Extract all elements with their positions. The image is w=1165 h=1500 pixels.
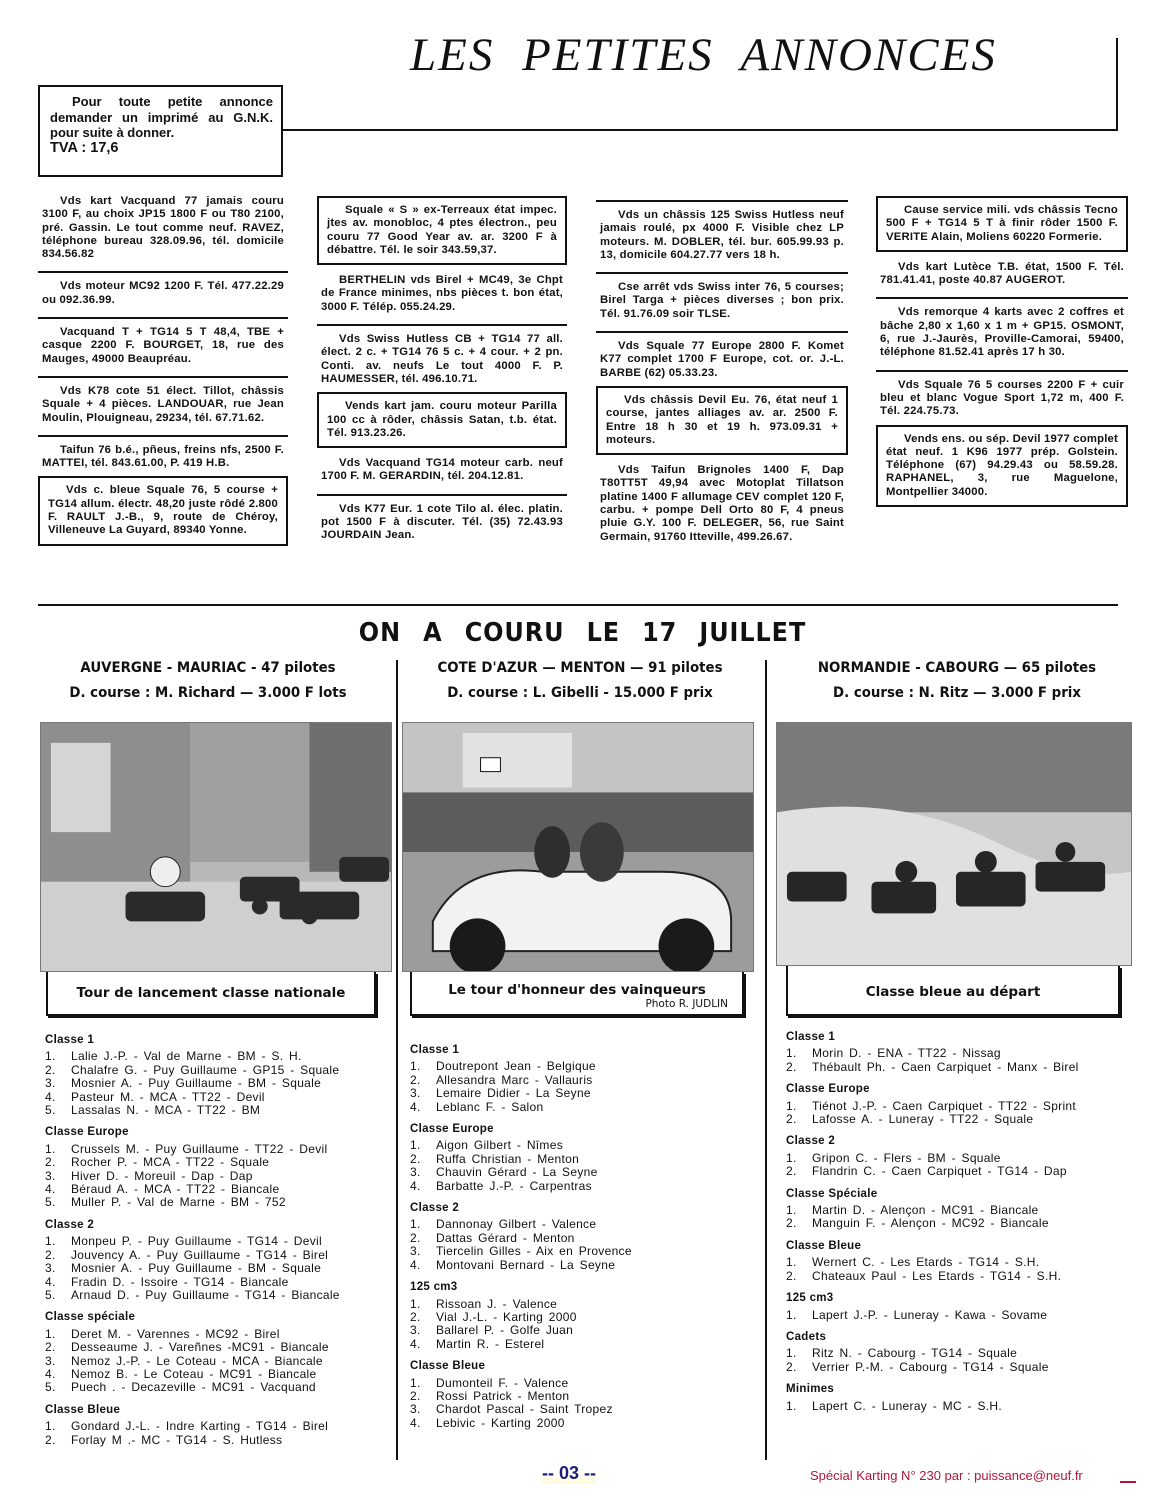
result-row: 5.Lassalas N. - MCA - TT22 - BM	[45, 1104, 395, 1117]
classified-ad: Vds un châssis 125 Swiss Hutless neuf ja…	[596, 200, 848, 266]
result-position: 4.	[410, 1338, 436, 1351]
result-entry: Rocher P. - MCA - TT22 - Squale	[71, 1155, 269, 1169]
result-position: 1.	[786, 1309, 812, 1322]
result-position: 3.	[410, 1087, 436, 1100]
result-row: 4.Fradin D. - Issoire - TG14 - Biancale	[45, 1276, 395, 1289]
result-entry: Morin D. - ENA - TT22 - Nissag	[812, 1046, 1001, 1060]
result-entry: Crussels M. - Puy Guillaume - TT22 - Dev…	[71, 1142, 327, 1156]
class-title: Classe Bleue	[45, 1404, 395, 1417]
class-title: Minimes	[786, 1383, 1146, 1396]
footer-dash	[1120, 1481, 1136, 1483]
result-position: 2.	[45, 1341, 71, 1354]
classified-ad: Vds K77 Eur. 1 cote Tilo al. élec. plati…	[317, 494, 567, 547]
class-title: Classe Europe	[786, 1083, 1146, 1096]
result-entry: Rissoan J. - Valence	[436, 1297, 557, 1311]
result-row: 2.Rocher P. - MCA - TT22 - Squale	[45, 1156, 395, 1169]
result-row: 2.Ruffa Christian - Menton	[410, 1153, 760, 1166]
result-position: 4.	[410, 1101, 436, 1114]
result-class: Classe 11.Morin D. - ENA - TT22 - Nissag…	[786, 1031, 1146, 1074]
result-entry: Martin D. - Alençon - MC91 - Biancale	[812, 1203, 1039, 1217]
result-entry: Deret M. - Varennes - MC92 - Birel	[71, 1327, 280, 1341]
result-row: 1.Deret M. - Varennes - MC92 - Birel	[45, 1328, 395, 1341]
ads-column-1: Vds kart Vacquand 77 jamais couru 3100 F…	[38, 192, 288, 552]
result-entry: Manguin F. - Alençon - MC92 - Biancale	[812, 1216, 1049, 1230]
result-entry: Dannonay Gilbert - Valence	[436, 1217, 596, 1231]
result-position: 1.	[410, 1139, 436, 1152]
result-row: 2.Dattas Gérard - Menton	[410, 1232, 760, 1245]
page-title: LES PETITES ANNONCES	[410, 28, 997, 82]
classified-ad: Vacquand T + TG14 5 T 48,4, TBE + casque…	[38, 317, 288, 370]
result-row: 3.Ballarel P. - Golfe Juan	[410, 1324, 760, 1337]
photo-caption: Classe bleue au départ	[786, 966, 1120, 1016]
footer-credit: Spécial Karting N° 230 par : puissance@n…	[810, 1468, 1083, 1483]
result-row: 1.Gondard J.-L. - Indre Karting - TG14 -…	[45, 1420, 395, 1433]
result-position: 5.	[45, 1381, 71, 1394]
result-row: 3.Mosnier A. - Puy Guillaume - BM - Squa…	[45, 1077, 395, 1090]
result-position: 4.	[410, 1259, 436, 1272]
result-position: 1.	[786, 1204, 812, 1217]
result-row: 2.Jouvency A. - Puy Guillaume - TG14 - B…	[45, 1249, 395, 1262]
result-position: 1.	[786, 1100, 812, 1113]
result-entry: Verrier P.-M. - Cabourg - TG14 - Squale	[812, 1360, 1049, 1374]
classified-ad: Vds Taifun Brignoles 1400 F, Dap T80TT5T…	[596, 461, 848, 548]
result-position: 3.	[45, 1262, 71, 1275]
class-title: Classe 2	[45, 1219, 395, 1232]
column-divider	[396, 660, 398, 1460]
photo-credit: Photo R. JUDLIN	[412, 996, 742, 1012]
section-divider	[38, 604, 1118, 606]
result-row: 2.Forlay M .- MC - TG14 - S. Hutless	[45, 1434, 395, 1447]
tva-rate: TVA : 17,6	[50, 141, 273, 157]
photo-mauriac-karts	[40, 722, 392, 972]
result-entry: Chardot Pascal - Saint Tropez	[436, 1402, 613, 1416]
class-title: Classe Bleue	[786, 1240, 1146, 1253]
result-entry: Hiver D. - Moreuil - Dap - Dap	[71, 1169, 253, 1183]
result-row: 2.Chateaux Paul - Les Etards - TG14 - S.…	[786, 1270, 1146, 1283]
classified-ad: Vds moteur MC92 1200 F. Tél. 477.22.29 o…	[38, 271, 288, 311]
result-entry: Rossi Patrick - Menton	[436, 1389, 569, 1403]
result-row: 3.Nemoz J.-P. - Le Coteau - MCA - Bianca…	[45, 1355, 395, 1368]
result-position: 2.	[410, 1074, 436, 1087]
result-row: 1.Wernert C. - Les Etards - TG14 - S.H.	[786, 1256, 1146, 1269]
result-position: 4.	[410, 1180, 436, 1193]
result-class: 125 cm31.Rissoan J. - Valence2.Vial J.-L…	[410, 1281, 760, 1351]
result-entry: Monpeu P. - Puy Guillaume - TG14 - Devil	[71, 1234, 322, 1248]
result-row: 1.Ritz N. - Cabourg - TG14 - Squale	[786, 1347, 1146, 1360]
result-row: 2.Desseaume J. - Vareñnes -MC91 - Bianca…	[45, 1341, 395, 1354]
race-headline: AUVERGNE - MAURIAC - 47 pilotes	[52, 656, 365, 681]
result-row: 4.Martin R. - Esterel	[410, 1338, 760, 1351]
result-class: Minimes1.Lapert C. - Luneray - MC - S.H.	[786, 1383, 1146, 1413]
photo-cabourg-start	[776, 722, 1132, 966]
result-position: 3.	[45, 1170, 71, 1183]
result-position: 1.	[45, 1420, 71, 1433]
result-position: 1.	[45, 1050, 71, 1063]
ads-column-2: Squale « S » ex-Terreaux état impec. jte…	[317, 194, 567, 547]
result-position: 1.	[786, 1047, 812, 1060]
result-position: 1.	[410, 1218, 436, 1231]
result-class: Classe Europe1.Crussels M. - Puy Guillau…	[45, 1126, 395, 1209]
result-entry: Lebivic - Karting 2000	[436, 1416, 565, 1430]
class-title: Classe 1	[410, 1044, 760, 1057]
result-entry: Ballarel P. - Golfe Juan	[436, 1323, 573, 1337]
result-position: 4.	[45, 1276, 71, 1289]
result-class: Classe 11.Lalie J.-P. - Val de Marne - B…	[45, 1034, 395, 1117]
result-class: Classe Bleue1.Dumonteil F. - Valence2.Ro…	[410, 1360, 760, 1430]
classified-ad: Cause service mili. vds châssis Tecno 50…	[876, 196, 1128, 252]
result-position: 5.	[45, 1289, 71, 1302]
result-row: 2.Manguin F. - Alençon - MC92 - Biancale	[786, 1217, 1146, 1230]
classified-ad: Vds châssis Devil Eu. 76, état neuf 1 co…	[596, 386, 848, 455]
result-entry: Martin R. - Esterel	[436, 1337, 544, 1351]
caption-text: Tour de lancement classe nationale	[77, 985, 346, 1001]
classified-ad: Vds remorque 4 karts avec 2 coffres et b…	[876, 297, 1128, 363]
result-position: 1.	[786, 1400, 812, 1413]
notice-box: Pour toute petite annonce demander un im…	[38, 85, 283, 177]
result-position: 2.	[410, 1311, 436, 1324]
result-row: 4.Pasteur M. - MCA - TT22 - Devil	[45, 1091, 395, 1104]
class-title: Classe 1	[45, 1034, 395, 1047]
class-title: Classe spéciale	[45, 1311, 395, 1324]
result-position: 2.	[786, 1061, 812, 1074]
result-row: 4.Béraud A. - MCA - TT22 - Biancale	[45, 1183, 395, 1196]
result-row: 2.Vial J.-L. - Karting 2000	[410, 1311, 760, 1324]
result-row: 2.Thébault Ph. - Caen Carpiquet - Manx -…	[786, 1061, 1146, 1074]
class-title: Classe 2	[786, 1135, 1146, 1148]
photo-caption: Tour de lancement classe nationale	[46, 972, 376, 1016]
result-entry: Muller P. - Val de Marne - BM - 752	[71, 1195, 286, 1209]
result-entry: Ritz N. - Cabourg - TG14 - Squale	[812, 1346, 1017, 1360]
result-row: 3.Chauvin Gérard - La Seyne	[410, 1166, 760, 1179]
race-director: D. course : M. Richard — 3.000 F lots	[52, 681, 365, 706]
result-position: 2.	[786, 1361, 812, 1374]
result-entry: Lapert C. - Luneray - MC - S.H.	[812, 1399, 1002, 1413]
result-row: 3.Lemaire Didier - La Seyne	[410, 1087, 760, 1100]
result-row: 1.Lapert C. - Luneray - MC - S.H.	[786, 1400, 1146, 1413]
result-entry: Fradin D. - Issoire - TG14 - Biancale	[71, 1275, 289, 1289]
ads-column-4: Cause service mili. vds châssis Tecno 50…	[876, 194, 1128, 513]
result-row: 4.Leblanc F. - Salon	[410, 1101, 760, 1114]
result-position: 2.	[786, 1217, 812, 1230]
notice-text: Pour toute petite annonce demander un im…	[50, 94, 273, 140]
result-row: 1.Aigon Gilbert - Nîmes	[410, 1139, 760, 1152]
title-frame-border	[1116, 38, 1118, 130]
classified-ad: Vends kart jam. couru moteur Parilla 100…	[317, 392, 567, 448]
result-row: 1.Morin D. - ENA - TT22 - Nissag	[786, 1047, 1146, 1060]
result-entry: Chateaux Paul - Les Etards - TG14 - S.H.	[812, 1269, 1061, 1283]
result-entry: Pasteur M. - MCA - TT22 - Devil	[71, 1090, 265, 1104]
result-row: 1.Lapert J.-P. - Luneray - Kawa - Sovame	[786, 1309, 1146, 1322]
classified-ad: Vds Swiss Hutless CB + TG14 77 all. élec…	[317, 324, 567, 390]
column-divider	[765, 660, 767, 1460]
result-row: 2.Lafosse A. - Luneray - TT22 - Squale	[786, 1113, 1146, 1126]
class-title: 125 cm3	[786, 1292, 1146, 1305]
race-headline: NORMANDIE - CABOURG — 65 pilotes	[787, 656, 1127, 681]
result-class: Classe Bleue1.Wernert C. - Les Etards - …	[786, 1240, 1146, 1283]
result-row: 1.Lalie J.-P. - Val de Marne - BM - S. H…	[45, 1050, 395, 1063]
class-title: 125 cm3	[410, 1281, 760, 1294]
result-entry: Thébault Ph. - Caen Carpiquet - Manx - B…	[812, 1060, 1079, 1074]
result-position: 3.	[410, 1245, 436, 1258]
result-position: 2.	[410, 1232, 436, 1245]
result-position: 4.	[410, 1417, 436, 1430]
result-entry: Vial J.-L. - Karting 2000	[436, 1310, 577, 1324]
class-title: Classe 1	[786, 1031, 1146, 1044]
result-entry: Puech . - Decazeville - MC91 - Vacquand	[71, 1380, 316, 1394]
classified-ad: BERTHELIN vds Birel + MC49, 3e Chpt de F…	[317, 271, 567, 318]
result-entry: Jouvency A. - Puy Guillaume - TG14 - Bir…	[71, 1248, 328, 1262]
result-entry: Forlay M .- MC - TG14 - S. Hutless	[71, 1433, 282, 1447]
result-row: 3.Hiver D. - Moreuil - Dap - Dap	[45, 1170, 395, 1183]
result-position: 1.	[410, 1298, 436, 1311]
classified-ad: Vds kart Lutèce T.B. état, 1500 F. Tél. …	[876, 258, 1128, 292]
result-position: 1.	[45, 1143, 71, 1156]
race-director: D. course : N. Ritz — 3.000 F prix	[787, 681, 1127, 706]
result-class: Classe Europe1.Tiénot J.-P. - Caen Carpi…	[786, 1083, 1146, 1126]
result-entry: Gripon C. - Flers - BM - Squale	[812, 1151, 1001, 1165]
result-row: 1.Rissoan J. - Valence	[410, 1298, 760, 1311]
classified-ad: Vds Vacquand TG14 moteur carb. neuf 1700…	[317, 454, 567, 488]
result-row: 2.Chalafre G. - Puy Guillaume - GP15 - S…	[45, 1064, 395, 1077]
result-row: 1.Dannonay Gilbert - Valence	[410, 1218, 760, 1231]
result-entry: Wernert C. - Les Etards - TG14 - S.H.	[812, 1255, 1039, 1269]
result-position: 3.	[410, 1166, 436, 1179]
result-entry: Doutrepont Jean - Belgique	[436, 1059, 596, 1073]
result-row: 5.Muller P. - Val de Marne - BM - 752	[45, 1196, 395, 1209]
result-position: 3.	[410, 1403, 436, 1416]
result-position: 2.	[786, 1113, 812, 1126]
result-position: 5.	[45, 1104, 71, 1117]
result-entry: Lapert J.-P. - Luneray - Kawa - Sovame	[812, 1308, 1047, 1322]
result-class: Cadets1.Ritz N. - Cabourg - TG14 - Squal…	[786, 1331, 1146, 1374]
result-row: 3.Tiercelin Gilles - Aix en Provence	[410, 1245, 760, 1258]
result-position: 2.	[45, 1064, 71, 1077]
result-row: 4.Lebivic - Karting 2000	[410, 1417, 760, 1430]
classified-ad: Cse arrêt vds Swiss inter 76, 5 courses;…	[596, 272, 848, 325]
result-entry: Lemaire Didier - La Seyne	[436, 1086, 591, 1100]
result-entry: Nemoz B. - Le Coteau - MC91 - Biancale	[71, 1367, 317, 1381]
classified-ad: Vds kart Vacquand 77 jamais couru 3100 F…	[38, 192, 288, 265]
result-position: 1.	[410, 1060, 436, 1073]
result-entry: Tiercelin Gilles - Aix en Provence	[436, 1244, 632, 1258]
result-class: Classe 21.Monpeu P. - Puy Guillaume - TG…	[45, 1219, 395, 1302]
event-title: ON A COURU LE 17 JUILLET	[47, 618, 1119, 648]
result-row: 3.Mosnier A. - Puy Guillaume - BM - Squa…	[45, 1262, 395, 1275]
result-entry: Lalie J.-P. - Val de Marne - BM - S. H.	[71, 1049, 302, 1063]
result-entry: Chauvin Gérard - La Seyne	[436, 1165, 598, 1179]
result-position: 2.	[410, 1390, 436, 1403]
race-director: D. course : L. Gibelli - 15.000 F prix	[414, 681, 745, 706]
result-class: Classe Europe1.Aigon Gilbert - Nîmes2.Ru…	[410, 1123, 760, 1193]
result-entry: Nemoz J.-P. - Le Coteau - MCA - Biancale	[71, 1354, 323, 1368]
classified-ad: Vds Squale 76 5 courses 2200 F + cuir bl…	[876, 370, 1128, 423]
result-position: 4.	[45, 1368, 71, 1381]
result-entry: Mosnier A. - Puy Guillaume - BM - Squale	[71, 1261, 321, 1275]
result-row: 1.Tiénot J.-P. - Caen Carpiquet - TT22 -…	[786, 1100, 1146, 1113]
result-class: 125 cm31.Lapert J.-P. - Luneray - Kawa -…	[786, 1292, 1146, 1322]
result-position: 3.	[410, 1324, 436, 1337]
result-row: 4.Nemoz B. - Le Coteau - MC91 - Biancale	[45, 1368, 395, 1381]
result-entry: Mosnier A. - Puy Guillaume - BM - Squale	[71, 1076, 321, 1090]
result-class: Classe Bleue1.Gondard J.-L. - Indre Kart…	[45, 1404, 395, 1447]
classified-ad: Vds c. bleue Squale 76, 5 course + TG14 …	[38, 476, 288, 545]
title-frame-border	[283, 129, 1118, 131]
result-position: 1.	[786, 1152, 812, 1165]
class-title: Cadets	[786, 1331, 1146, 1344]
result-row: 1.Doutrepont Jean - Belgique	[410, 1060, 760, 1073]
result-class: Classe 11.Doutrepont Jean - Belgique2.Al…	[410, 1044, 760, 1114]
result-row: 1.Gripon C. - Flers - BM - Squale	[786, 1152, 1146, 1165]
result-position: 2.	[410, 1153, 436, 1166]
result-position: 2.	[45, 1156, 71, 1169]
result-entry: Arnaud D. - Puy Guillaume - TG14 - Bianc…	[71, 1288, 340, 1302]
class-title: Classe Spéciale	[786, 1188, 1146, 1201]
result-entry: Barbatte J.-P. - Carpentras	[436, 1179, 592, 1193]
race-header-cabourg: NORMANDIE - CABOURG — 65 pilotes D. cour…	[772, 656, 1142, 706]
result-position: 2.	[45, 1249, 71, 1262]
result-entry: Lafosse A. - Luneray - TT22 - Squale	[812, 1112, 1033, 1126]
result-row: 2.Verrier P.-M. - Cabourg - TG14 - Squal…	[786, 1361, 1146, 1374]
result-row: 5.Puech . - Decazeville - MC91 - Vacquan…	[45, 1381, 395, 1394]
result-class: Classe Spéciale1.Martin D. - Alençon - M…	[786, 1188, 1146, 1231]
result-position: 4.	[45, 1183, 71, 1196]
page-number: -- 03 --	[542, 1463, 596, 1484]
result-class: Classe 21.Gripon C. - Flers - BM - Squal…	[786, 1135, 1146, 1178]
photo-caption: Le tour d'honneur des vainqueurs Photo R…	[410, 972, 744, 1016]
race-headline: COTE D'AZUR — MENTON — 91 pilotes	[414, 656, 745, 681]
results-mauriac: Classe 11.Lalie J.-P. - Val de Marne - B…	[45, 1034, 395, 1456]
result-entry: Béraud A. - MCA - TT22 - Biancale	[71, 1182, 279, 1196]
result-row: 5.Arnaud D. - Puy Guillaume - TG14 - Bia…	[45, 1289, 395, 1302]
result-row: 2.Flandrin C. - Caen Carpiquet - TG14 - …	[786, 1165, 1146, 1178]
ads-column-3: Vds un châssis 125 Swiss Hutless neuf ja…	[596, 194, 848, 548]
caption-text: Classe bleue au départ	[866, 984, 1041, 1000]
result-position: 2.	[786, 1165, 812, 1178]
result-class: Classe spéciale1.Deret M. - Varennes - M…	[45, 1311, 395, 1394]
result-row: 4.Montovani Bernard - La Seyne	[410, 1259, 760, 1272]
result-entry: Ruffa Christian - Menton	[436, 1152, 579, 1166]
result-row: 2.Allesandra Marc - Vallauris	[410, 1074, 760, 1087]
result-position: 1.	[410, 1377, 436, 1390]
class-title: Classe Bleue	[410, 1360, 760, 1373]
result-entry: Dumonteil F. - Valence	[436, 1376, 568, 1390]
result-row: 1.Martin D. - Alençon - MC91 - Biancale	[786, 1204, 1146, 1217]
result-entry: Allesandra Marc - Vallauris	[436, 1073, 593, 1087]
classified-ad: Vds Squale 77 Europe 2800 F. Komet K77 c…	[596, 331, 848, 384]
classified-ad: Squale « S » ex-Terreaux état impec. jte…	[317, 196, 567, 265]
result-class: Classe 21.Dannonay Gilbert - Valence2.Da…	[410, 1202, 760, 1272]
class-title: Classe Europe	[45, 1126, 395, 1139]
result-entry: Tiénot J.-P. - Caen Carpiquet - TT22 - S…	[812, 1099, 1076, 1113]
result-row: 1.Crussels M. - Puy Guillaume - TT22 - D…	[45, 1143, 395, 1156]
result-entry: Desseaume J. - Vareñnes -MC91 - Biancale	[71, 1340, 329, 1354]
result-position: 2.	[786, 1270, 812, 1283]
result-entry: Flandrin C. - Caen Carpiquet - TG14 - Da…	[812, 1164, 1067, 1178]
result-position: 2.	[45, 1434, 71, 1447]
result-entry: Aigon Gilbert - Nîmes	[436, 1138, 563, 1152]
result-position: 1.	[786, 1347, 812, 1360]
results-cabourg: Classe 11.Morin D. - ENA - TT22 - Nissag…	[786, 1031, 1146, 1422]
result-position: 1.	[45, 1328, 71, 1341]
result-row: 2.Rossi Patrick - Menton	[410, 1390, 760, 1403]
result-row: 3.Chardot Pascal - Saint Tropez	[410, 1403, 760, 1416]
result-position: 1.	[786, 1256, 812, 1269]
result-entry: Dattas Gérard - Menton	[436, 1231, 575, 1245]
result-entry: Montovani Bernard - La Seyne	[436, 1258, 615, 1272]
result-position: 5.	[45, 1196, 71, 1209]
classified-ad: Vends ens. ou sép. Devil 1977 complet ét…	[876, 425, 1128, 507]
result-row: 4.Barbatte J.-P. - Carpentras	[410, 1180, 760, 1193]
result-entry: Gondard J.-L. - Indre Karting - TG14 - B…	[71, 1419, 328, 1433]
result-entry: Chalafre G. - Puy Guillaume - GP15 - Squ…	[71, 1063, 339, 1077]
result-position: 4.	[45, 1091, 71, 1104]
result-row: 1.Dumonteil F. - Valence	[410, 1377, 760, 1390]
photo-menton-buggy	[402, 722, 754, 972]
class-title: Classe 2	[410, 1202, 760, 1215]
result-entry: Lassalas N. - MCA - TT22 - BM	[71, 1103, 260, 1117]
classified-ad: Vds K78 cote 51 élect. Tillot, châssis S…	[38, 376, 288, 429]
classified-ad: Taifun 76 b.é., pñeus, freins nfs, 2500 …	[38, 435, 288, 475]
class-title: Classe Europe	[410, 1123, 760, 1136]
result-position: 3.	[45, 1077, 71, 1090]
race-header-menton: COTE D'AZUR — MENTON — 91 pilotes D. cou…	[400, 656, 760, 706]
race-header-auvergne: AUVERGNE - MAURIAC - 47 pilotes D. cours…	[38, 656, 378, 706]
result-row: 1.Monpeu P. - Puy Guillaume - TG14 - Dev…	[45, 1235, 395, 1248]
result-position: 1.	[45, 1235, 71, 1248]
result-position: 3.	[45, 1355, 71, 1368]
result-entry: Leblanc F. - Salon	[436, 1100, 543, 1114]
results-menton: Classe 11.Doutrepont Jean - Belgique2.Al…	[410, 1044, 760, 1439]
